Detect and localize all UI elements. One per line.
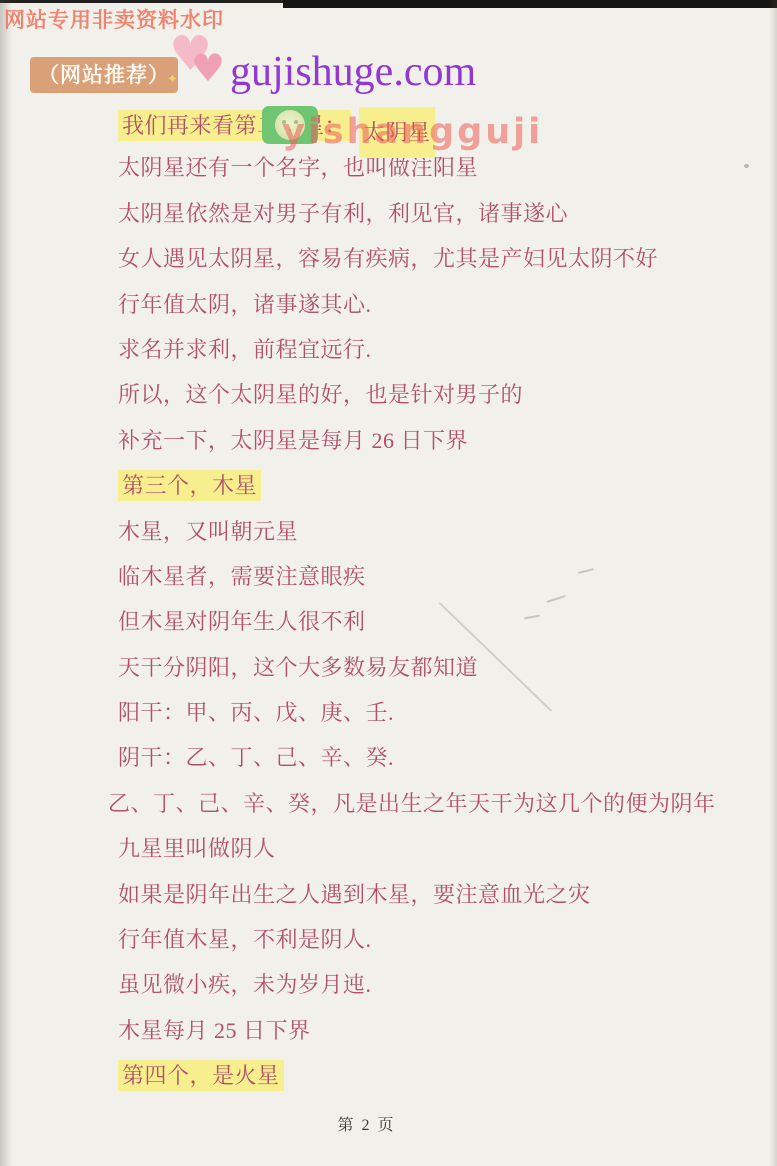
site-name-text: gujishuge.com <box>230 48 476 96</box>
line-text: 行年值太阴，诸事遂其心. <box>118 292 372 317</box>
line-text: 阴干：乙、丁、己、辛、癸. <box>118 745 394 770</box>
text-line: 行年值太阴，诸事遂其心. <box>118 282 768 327</box>
text-line: 补充一下，太阴星是每月 26 日下界 <box>118 418 768 463</box>
text-line: 但木星对阴年生人很不利 <box>118 599 768 644</box>
text-line: 太阴星依然是对男子有利，利见官，诸事遂心 <box>118 191 768 236</box>
text-line: 阴干：乙、丁、己、辛、癸. <box>118 735 768 780</box>
text-line: 太阴星还有一个名字，也叫做注阳星 <box>118 145 768 190</box>
scanned-document-page: 网站专用非卖资料水印 （网站推荐） ♥ ♥ ✦ gujishuge.com 我们… <box>0 0 777 1166</box>
hearts-icon: ♥ ♥ ✦ <box>165 26 235 96</box>
line-text: 但木星对阴年生人很不利 <box>118 609 366 634</box>
site-recommend-badge: （网站推荐） <box>30 57 178 93</box>
line-text: 阳干：甲、丙、戊、庚、壬. <box>118 700 394 725</box>
page-number: 第 2 页 <box>0 1112 733 1135</box>
text-line: 女人遇见太阴星，容易有疾病，尤其是产妇见太阴不好 <box>118 236 768 281</box>
text-line: 木星每月 25 日下界 <box>118 1008 768 1053</box>
text-line: 行年值木星，不利是阴人. <box>118 917 768 962</box>
pink-watermark-text: yishangguji <box>282 112 543 152</box>
line-text: 所以，这个太阴星的好，也是针对男子的 <box>118 382 523 407</box>
line-text: 天干分阴阳，这个大多数易友都知道 <box>118 655 478 680</box>
left-edge-shadow <box>0 0 12 1166</box>
text-line: 虽见微小疾，未为岁月迍. <box>118 962 768 1007</box>
text-line-heading: 第四个，是火星 <box>118 1053 768 1098</box>
line-text: 补充一下，太阴星是每月 26 日下界 <box>118 428 468 453</box>
line-text: 太阴星依然是对男子有利，利见官，诸事遂心 <box>118 201 568 226</box>
highlighted-text: 第三个，木星 <box>118 470 261 501</box>
line-text: 木星，又叫朝元星 <box>118 519 298 544</box>
line-text: 九星里叫做阴人 <box>118 836 276 861</box>
document-body: 我们再来看第二颗星：太阴星 太阴星还有一个名字，也叫做注阳星 太阴星依然是对男子… <box>118 100 768 1099</box>
line-text: 木星每月 25 日下界 <box>118 1018 311 1043</box>
line-text: 如果是阴年出生之人遇到木星，要注意血光之灾 <box>118 882 591 907</box>
text-line: 如果是阴年出生之人遇到木星，要注意血光之灾 <box>118 872 768 917</box>
text-line-heading: 第三个，木星 <box>118 463 768 508</box>
line-text: 太阴星还有一个名字，也叫做注阳星 <box>118 155 478 180</box>
line-text: 虽见微小疾，未为岁月迍. <box>118 972 372 997</box>
line-text: 行年值木星，不利是阴人. <box>118 927 372 952</box>
line-text: 女人遇见太阴星，容易有疾病，尤其是产妇见太阴不好 <box>118 246 658 271</box>
right-edge-shadow <box>769 0 777 1166</box>
sparkle-icon: ✦ <box>167 72 178 87</box>
heart-icon: ♥ <box>191 46 225 90</box>
text-line: 乙、丁、己、辛、癸，凡是出生之年天干为这几个的便为阴年 <box>108 781 768 826</box>
text-line: 求名并求利，前程宜远行. <box>118 327 768 372</box>
line-text: 临木星者，需要注意眼疾 <box>118 564 366 589</box>
line-text: 乙、丁、己、辛、癸，凡是出生之年天干为这几个的便为阴年 <box>108 791 716 816</box>
text-line: 天干分阴阳，这个大多数易友都知道 <box>118 645 768 690</box>
highlighted-text: 第四个，是火星 <box>118 1060 284 1091</box>
text-line: 木星，又叫朝元星 <box>118 509 768 554</box>
line-text: 求名并求利，前程宜远行. <box>118 337 372 362</box>
text-line: 阳干：甲、丙、戊、庚、壬. <box>118 690 768 735</box>
text-line: 所以，这个太阴星的好，也是针对男子的 <box>118 372 768 417</box>
text-line: 九星里叫做阴人 <box>118 826 768 871</box>
scan-black-bar <box>283 0 777 8</box>
text-line: 临木星者，需要注意眼疾 <box>118 554 768 599</box>
